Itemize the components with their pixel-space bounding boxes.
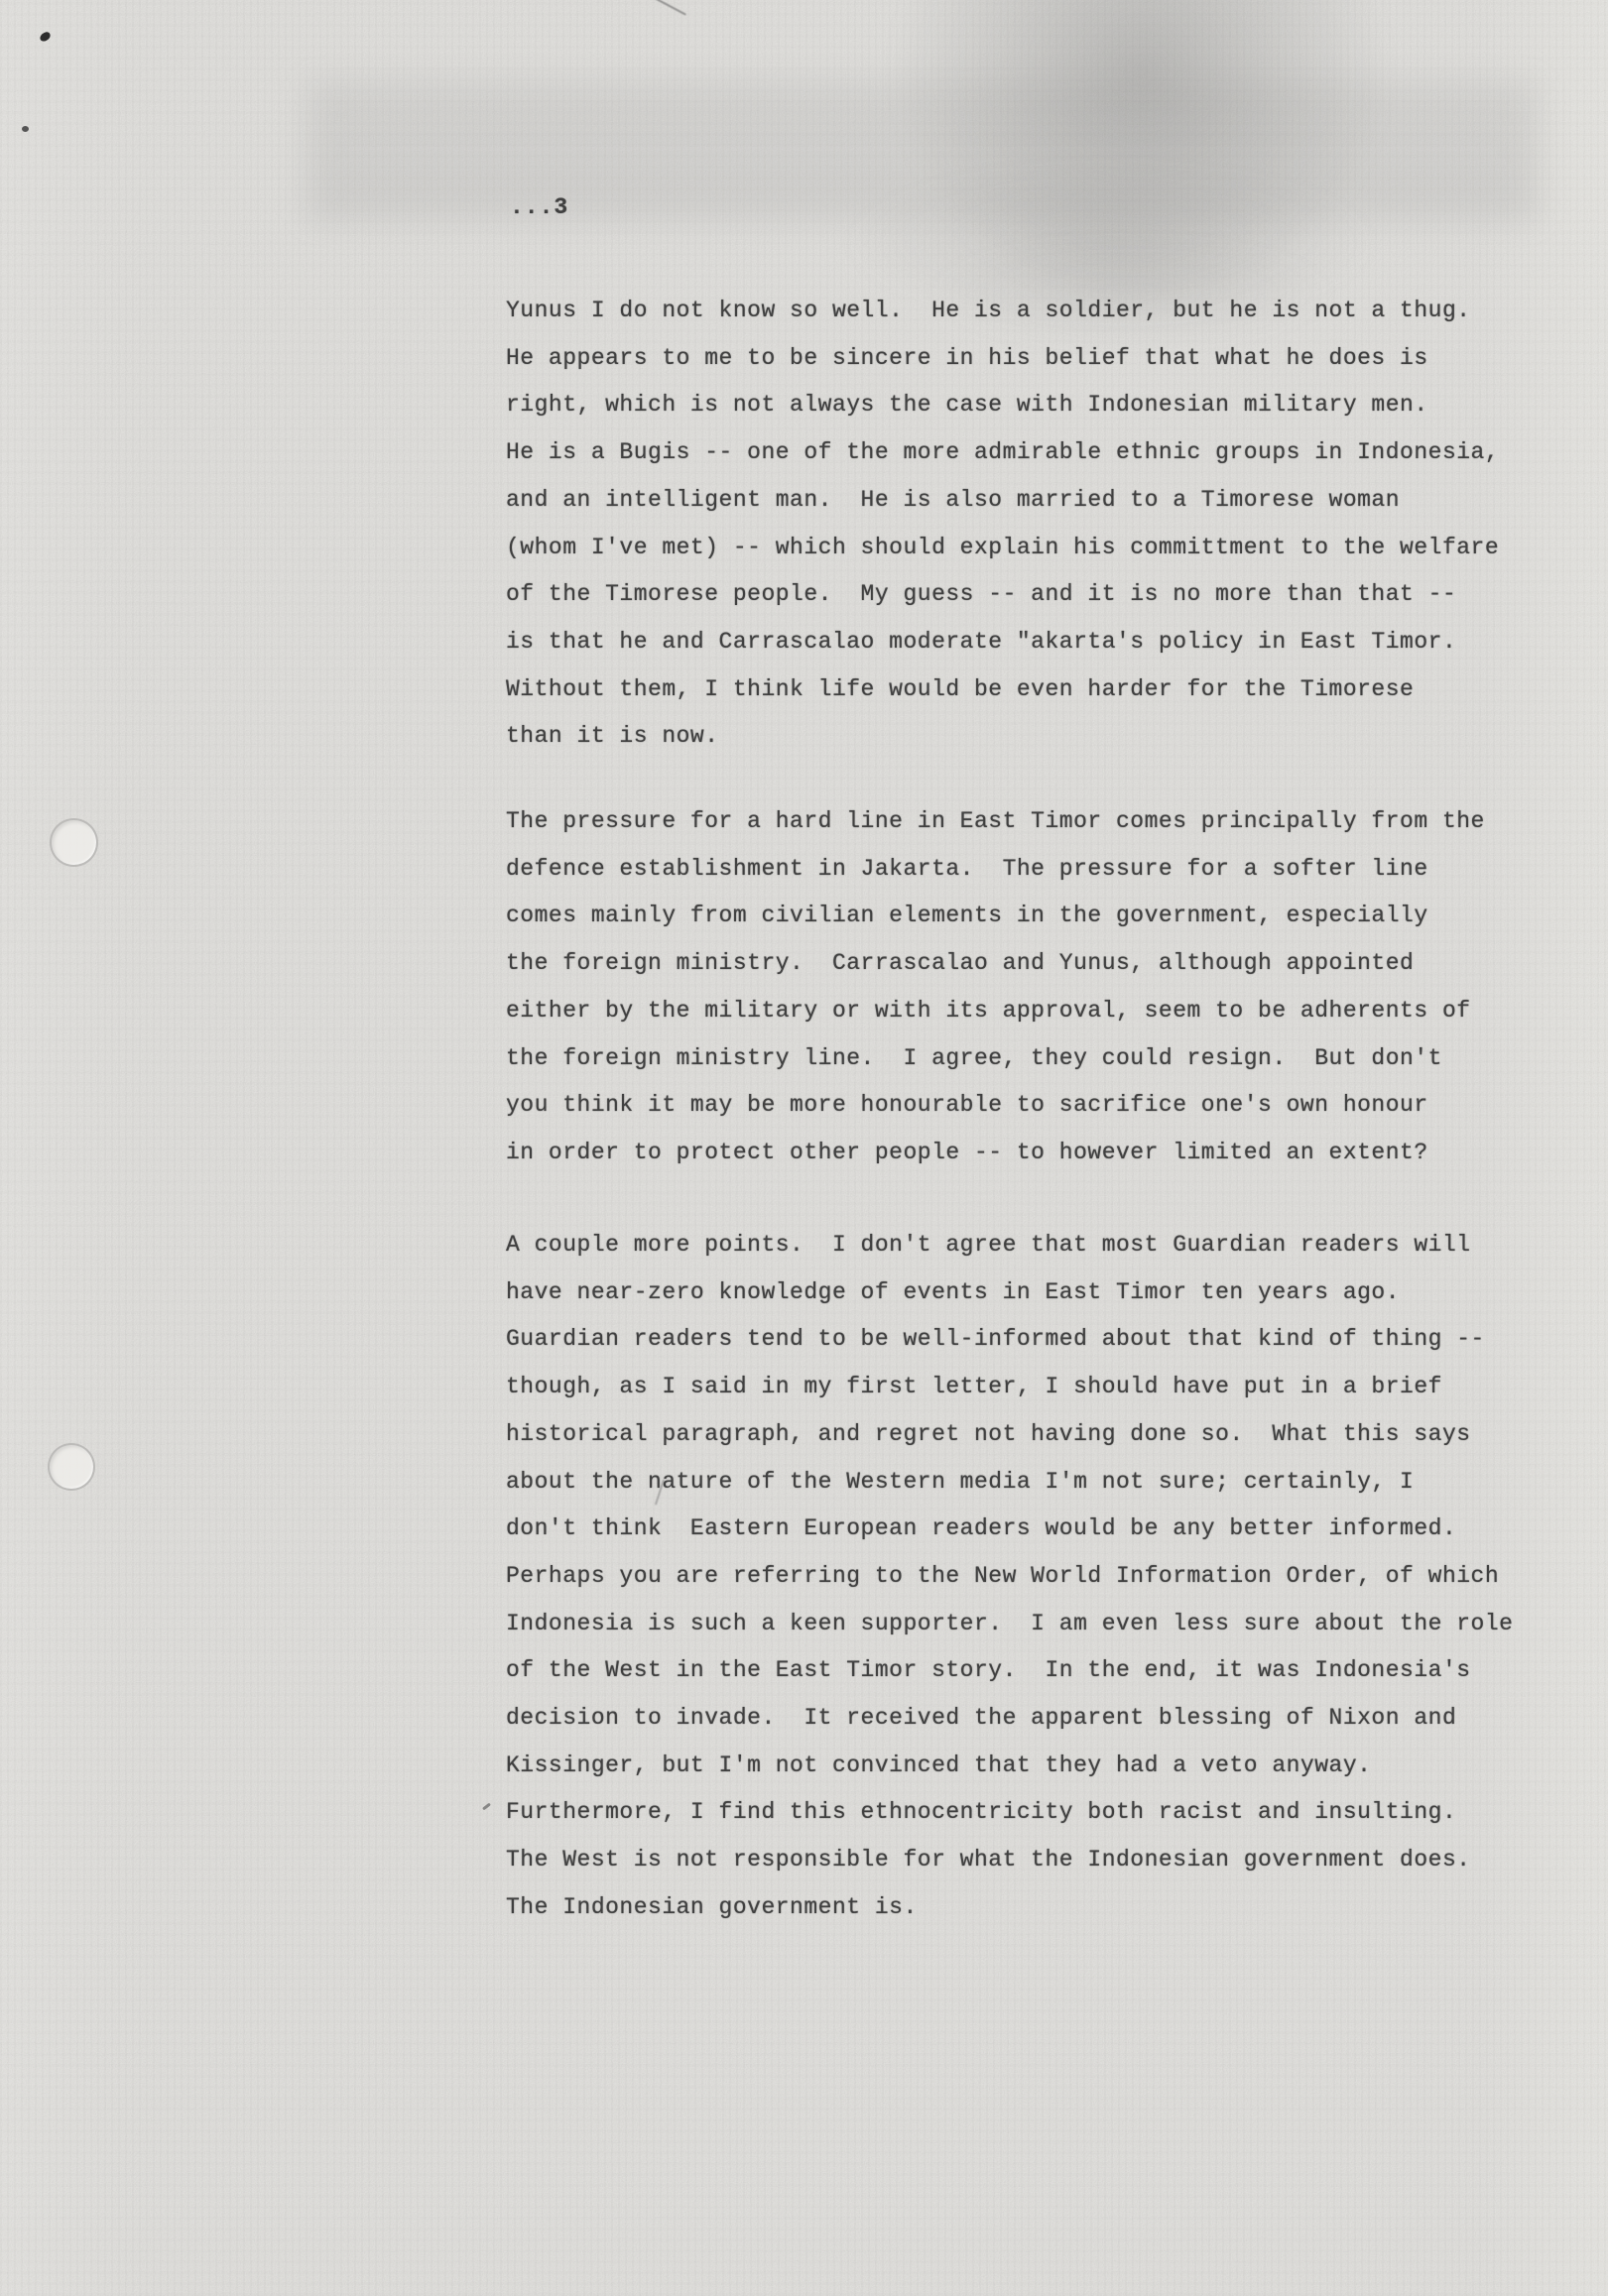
text-line: Indonesia is such a keen supporter. I am… <box>506 1601 1513 1648</box>
text-line: Guardian readers tend to be well-informe… <box>506 1316 1513 1364</box>
text-line: Yunus I do not know so well. He is a sol… <box>506 288 1499 335</box>
text-line: (whom I've met) -- which should explain … <box>506 525 1499 572</box>
text-line: Furthermore, I find this ethnocentricity… <box>506 1789 1513 1837</box>
text-line: about the nature of the Western media I'… <box>506 1459 1513 1507</box>
text-line: either by the military or with its appro… <box>506 988 1485 1035</box>
text-line: The pressure for a hard line in East Tim… <box>506 798 1485 846</box>
text-line: comes mainly from civilian elements in t… <box>506 893 1485 940</box>
text-line: He appears to me to be sincere in his be… <box>506 335 1499 383</box>
text-line: Kissinger, but I'm not convinced that th… <box>506 1743 1513 1790</box>
text-line: defence establishment in Jakarta. The pr… <box>506 846 1485 894</box>
scan-smudge <box>308 81 1538 220</box>
text-line: decision to invade. It received the appa… <box>506 1695 1513 1743</box>
text-line: don't think Eastern European readers wou… <box>506 1506 1513 1553</box>
punch-hole-bottom <box>48 1443 95 1491</box>
ink-speck <box>39 31 52 43</box>
text-line: He is a Bugis -- one of the more admirab… <box>506 429 1499 477</box>
text-line: of the West in the East Timor story. In … <box>506 1647 1513 1695</box>
text-line: of the Timorese people. My guess -- and … <box>506 571 1499 619</box>
paragraph-1: Yunus I do not know so well. He is a sol… <box>506 288 1499 761</box>
text-line: Without them, I think life would be even… <box>506 666 1499 714</box>
text-line: though, as I said in my first letter, I … <box>506 1364 1513 1411</box>
text-line: is that he and Carrascalao moderate "aka… <box>506 619 1499 666</box>
margin-tick-mark <box>482 1803 491 1811</box>
scanned-letter-page: ...3 Yunus I do not know so well. He is … <box>0 0 1608 2296</box>
text-line: the foreign ministry line. I agree, they… <box>506 1035 1485 1083</box>
punch-hole-top <box>50 818 98 867</box>
text-line: have near-zero knowledge of events in Ea… <box>506 1269 1513 1317</box>
text-line: you think it may be more honourable to s… <box>506 1082 1485 1130</box>
text-line: Perhaps you are referring to the New Wor… <box>506 1553 1513 1601</box>
ink-speck <box>22 126 29 132</box>
text-line: than it is now. <box>506 713 1499 761</box>
text-line: the foreign ministry. Carrascalao and Yu… <box>506 940 1485 988</box>
text-line: The Indonesian government is. <box>506 1884 1513 1932</box>
pencil-mark <box>649 0 686 16</box>
text-line: A couple more points. I don't agree that… <box>506 1222 1513 1269</box>
text-line: and an intelligent man. He is also marri… <box>506 477 1499 525</box>
text-line: in order to protect other people -- to h… <box>506 1130 1485 1177</box>
page-number-marker: ...3 <box>510 194 568 220</box>
paragraph-2: The pressure for a hard line in East Tim… <box>506 798 1485 1177</box>
text-line: historical paragraph, and regret not hav… <box>506 1411 1513 1459</box>
scan-smudge <box>873 0 1409 327</box>
paragraph-3: A couple more points. I don't agree that… <box>506 1222 1513 1932</box>
text-line: The West is not responsible for what the… <box>506 1837 1513 1884</box>
text-line: right, which is not always the case with… <box>506 382 1499 429</box>
